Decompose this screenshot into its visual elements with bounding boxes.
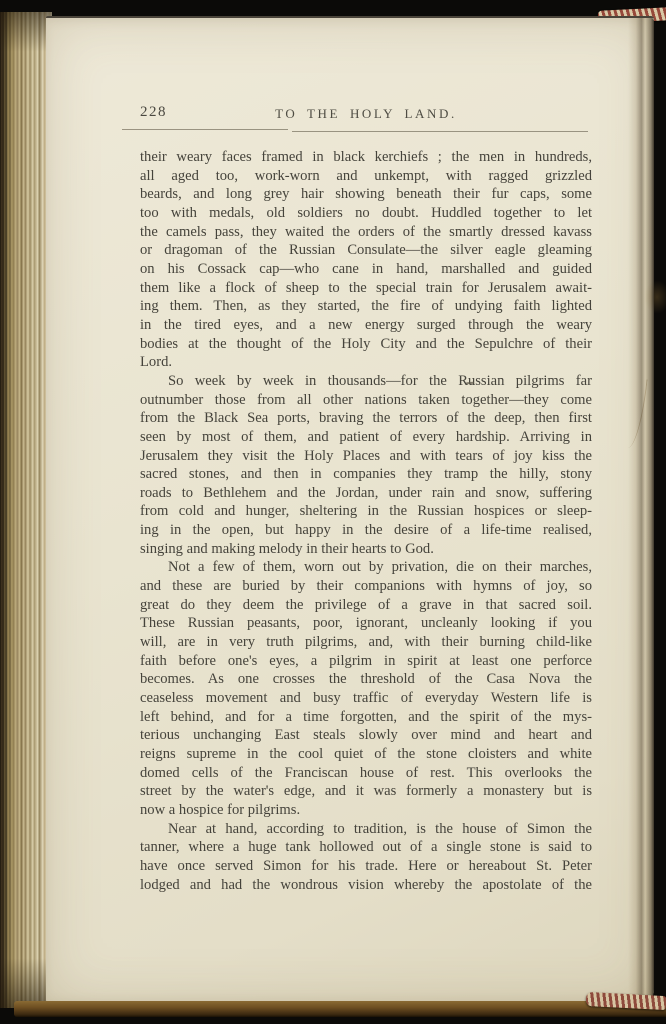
text-line: Jerusalem they visit the Holy Places and… (140, 447, 592, 466)
page-crease (628, 18, 654, 1004)
text-line: beards, and long grey hair showing benea… (140, 185, 592, 204)
text-line: them like a flock of sheep to the specia… (140, 279, 592, 298)
text-line: roads to Bethlehem and the Jordan, under… (140, 484, 592, 503)
paragraph: Near at hand, according to tradition, is… (140, 820, 592, 895)
page-header: 228 TO THE HOLY LAND. (140, 104, 592, 124)
text-line: Near at hand, according to tradition, is… (140, 820, 592, 839)
text-line: lodged and had the wondrous vision where… (140, 876, 592, 895)
text-line: in the tired eyes, and a new energy surg… (140, 316, 592, 335)
text-line: have once served Simon for his trade. He… (140, 857, 592, 876)
text-line: will, are in very truth pilgrims, and, w… (140, 633, 592, 652)
page-surface: 228 TO THE HOLY LAND. their weary faces … (46, 16, 654, 1004)
text-line: too with medals, old soldiers no doubt. … (140, 204, 592, 223)
paragraph: Not a few of them, worn out by privation… (140, 558, 592, 819)
text-line: from cold and hunger, sheltering in the … (140, 502, 592, 521)
header-rule-right (292, 131, 588, 132)
text-line: on his Cossack cap—who cane in hand, mar… (140, 260, 592, 279)
text-line: left behind, and for a time forgotten, a… (140, 708, 592, 727)
book-cover-bottom (14, 1001, 666, 1017)
text-line: faith before one's eyes, a pilgrim in sp… (140, 652, 592, 671)
text-line: singing and making melody in their heart… (140, 540, 592, 559)
text-line: or dragoman of the Russian Consulate—the… (140, 241, 592, 260)
text-line: the camels pass, they waited the orders … (140, 223, 592, 242)
text-line: ing them. Then, as they started, the fir… (140, 297, 592, 316)
text-line: These Russian peasants, poor, ignorant, … (140, 614, 592, 633)
text-line: Not a few of them, worn out by privation… (140, 558, 592, 577)
text-line: street by the water's edge, and it was f… (140, 782, 592, 801)
scanned-book-page: 228 TO THE HOLY LAND. their weary faces … (0, 0, 666, 1024)
text-line: and these are buried by their companions… (140, 577, 592, 596)
text-line: bodies at the thought of the Holy City a… (140, 335, 592, 354)
header-rule-left (122, 129, 288, 130)
text-line: terious unchanging East steals slowly ov… (140, 726, 592, 745)
text-line: all aged too, work-worn and unkempt, wit… (140, 167, 592, 186)
text-line: domed cells of the Franciscan house of r… (140, 764, 592, 783)
text-block: their weary faces framed in black kerchi… (140, 148, 592, 894)
paragraph: So week by week in thousands—for the Rus… (140, 372, 592, 559)
text-line: ing in the open, but happy in the desire… (140, 521, 592, 540)
text-line: tanner, where a huge tank hollowed out o… (140, 838, 592, 857)
paragraph: their weary faces framed in black kerchi… (140, 148, 592, 372)
text-line: their weary faces framed in black kerchi… (140, 148, 592, 167)
text-line: becomes. As one crosses the threshold of… (140, 670, 592, 689)
text-line: from the Black Sea ports, braving the te… (140, 409, 592, 428)
text-line: So week by week in thousands—for the Rus… (140, 372, 592, 391)
text-line: great do they deem the privilege of a gr… (140, 596, 592, 615)
text-line: sacred stones, and then in companies the… (140, 465, 592, 484)
text-line: outnumber those from all other nations t… (140, 391, 592, 410)
text-line: ceaseless movement and busy traffic of e… (140, 689, 592, 708)
text-line: Lord. (140, 353, 592, 372)
text-line: seen by most of them, and patient of eve… (140, 428, 592, 447)
text-line: reigns supreme in the cool quiet of the … (140, 745, 592, 764)
text-line: now a hospice for pilgrims. (140, 801, 592, 820)
page-edge-stack (0, 12, 52, 1008)
running-title: TO THE HOLY LAND. (140, 106, 592, 122)
